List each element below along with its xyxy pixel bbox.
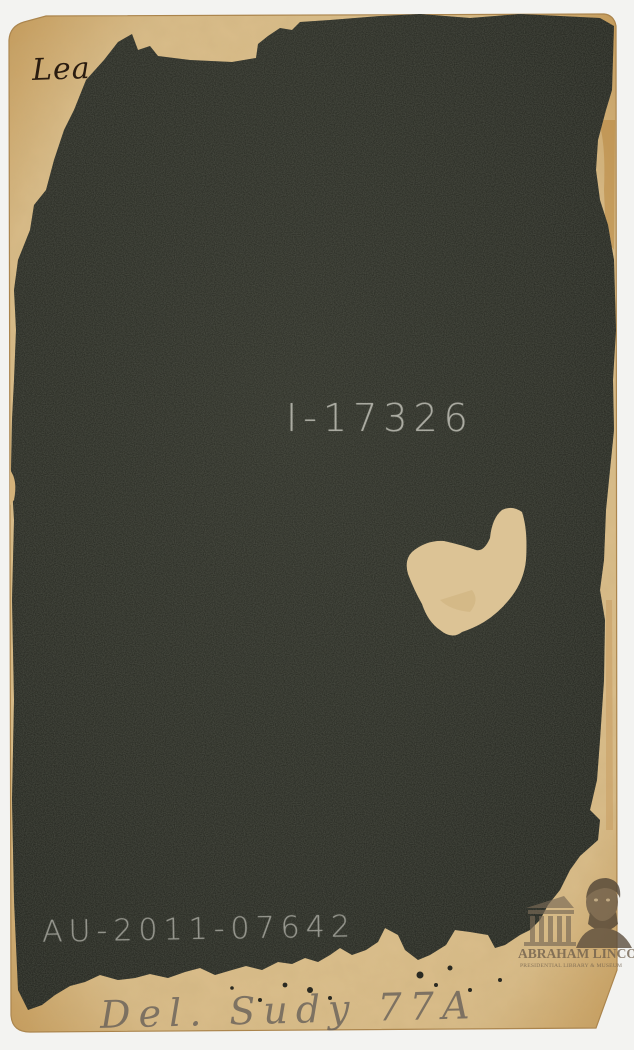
ink-inscription-top-left: Lea xyxy=(31,51,91,88)
lincoln-portrait-building-icon xyxy=(514,868,634,948)
dark-paper-remnant xyxy=(10,14,616,1010)
watermark-title: ABRAHAM LINCOLN xyxy=(518,946,634,962)
accession-number-chalk: AU-2011-07642 xyxy=(42,909,356,949)
library-watermark: ABRAHAM LINCOLN PRESIDENTIAL LIBRARY & M… xyxy=(514,868,634,976)
watermark-subtitle: PRESIDENTIAL LIBRARY & MUSEUM xyxy=(520,963,622,969)
artifact-scan: Lea I-17326 AU-2011-07642 Del. Sudy 77A xyxy=(0,0,634,1050)
catalog-number-chalk: I-17326 xyxy=(286,396,474,440)
